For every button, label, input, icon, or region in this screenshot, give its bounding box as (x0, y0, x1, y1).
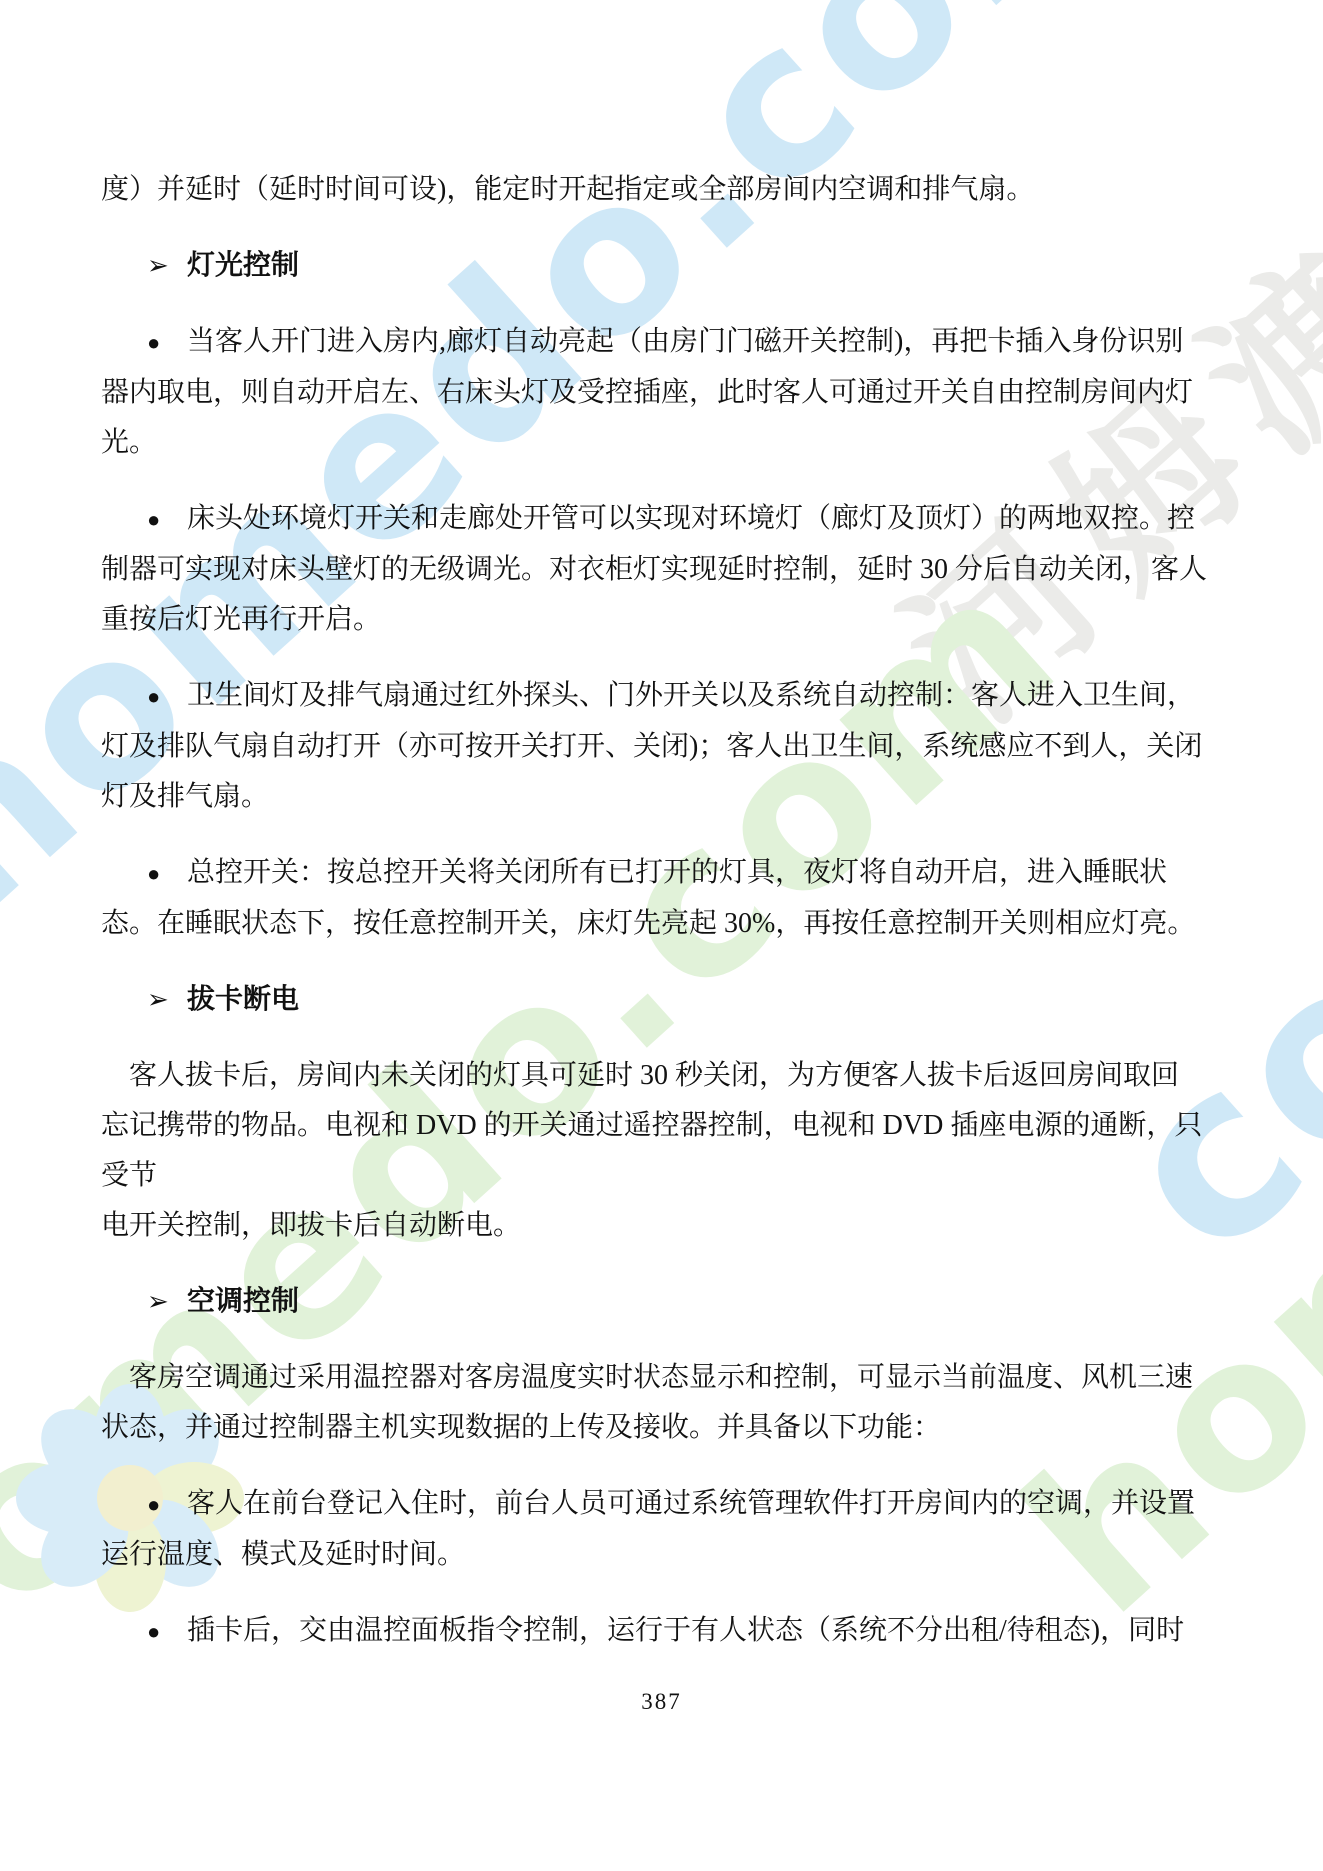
line-text: 重按后灯光再行开启。 (101, 604, 381, 635)
line-text: 客人在前台登记入住时，前台人员可通过系统管理软件打开房间内的空调，并设置 (187, 1488, 1195, 1519)
document-body: 度）并延时（延时时间可设)，能定时开起指定或全部房间内空调和排气扇。➢灯光控制●… (0, 0, 1323, 1657)
text-line: 重按后灯光再行开启。 (101, 595, 1223, 645)
text-line: 忘记携带的物品。电视和 DVD 的开关通过遥控器控制，电视和 DVD 插座电源的… (101, 1101, 1223, 1201)
section-header: ➢拔卡断电 (101, 975, 1223, 1025)
dot-bullet-icon: ● (147, 1607, 187, 1657)
text-line: 制器可实现对床头壁灯的无级调光。对衣柜灯实现延时控制，延时 30 分后自动关闭，… (101, 545, 1223, 595)
line-text: 忘记携带的物品。电视和 DVD 的开关通过遥控器控制，电视和 DVD 插座电源的… (101, 1110, 1202, 1191)
line-text: 床头处环境灯开关和走廊处开管可以实现对环境灯（廊灯及顶灯）的两地双控。控 (187, 503, 1195, 534)
bullet-item: ●插卡后，交由温控面板指令控制，运行于有人状态（系统不分出租/待租态)，同时 (101, 1606, 1223, 1657)
arrow-bullet-icon: ➢ (147, 975, 187, 1025)
text-line: 灯及排气扇。 (101, 772, 1223, 822)
text-line: 态。在睡眠状态下，按任意控制开关，床灯先亮起 30%，再按任意控制开关则相应灯亮… (101, 899, 1223, 949)
line-text: 灯光控制 (187, 250, 299, 281)
line-text: 制器可实现对床头壁灯的无级调光。对衣柜灯实现延时控制，延时 30 分后自动关闭，… (101, 554, 1207, 585)
arrow-bullet-icon: ➢ (147, 241, 187, 291)
section-header: ➢空调控制 (101, 1277, 1223, 1327)
page-number: 387 (0, 1689, 1323, 1715)
bullet-item: ●床头处环境灯开关和走廊处开管可以实现对环境灯（廊灯及顶灯）的两地双控。控 (101, 494, 1223, 545)
line-text: 插卡后，交由温控面板指令控制，运行于有人状态（系统不分出租/待租态)，同时 (187, 1615, 1184, 1646)
bullet-item: ●客人在前台登记入住时，前台人员可通过系统管理软件打开房间内的空调，并设置 (101, 1479, 1223, 1530)
dot-bullet-icon: ● (147, 849, 187, 899)
line-text: 拔卡断电 (187, 984, 299, 1015)
line-text: 灯及排气扇。 (101, 781, 269, 812)
bullet-item: ●当客人开门进入房内,廊灯自动亮起（由房门门磁开关控制)，再把卡插入身份识别 (101, 317, 1223, 368)
line-text: 卫生间灯及排气扇通过红外探头、门外开关以及系统自动控制：客人进入卫生间， (187, 680, 1195, 711)
text-line: 电开关控制，即拔卡后自动断电。 (101, 1201, 1223, 1251)
text-line: 器内取电，则自动开启左、右床头灯及受控插座，此时客人可通过开关自由控制房间内灯 (101, 368, 1223, 418)
line-text: 客房空调通过采用温控器对客房温度实时状态显示和控制，可显示当前温度、风机三速 (129, 1362, 1193, 1393)
dot-bullet-icon: ● (147, 672, 187, 722)
paragraph-first-line: 客房空调通过采用温控器对客房温度实时状态显示和控制，可显示当前温度、风机三速 (101, 1353, 1223, 1403)
line-text: 度）并延时（延时时间可设)，能定时开起指定或全部房间内空调和排气扇。 (101, 174, 1034, 205)
text-line: 状态，并通过控制器主机实现数据的上传及接收。并具备以下功能： (101, 1403, 1223, 1453)
line-text: 空调控制 (187, 1286, 299, 1317)
line-text: 态。在睡眠状态下，按任意控制开关，床灯先亮起 30%，再按任意控制开关则相应灯亮… (101, 908, 1195, 939)
line-text: 光。 (101, 427, 157, 458)
line-text: 运行温度、模式及延时时间。 (101, 1539, 465, 1570)
paragraph-first-line: 客人拔卡后，房间内未关闭的灯具可延时 30 秒关闭，为方便客人拔卡后返回房间取回 (101, 1051, 1223, 1101)
text-line: 光。 (101, 418, 1223, 468)
text-line: 灯及排队气扇自动打开（亦可按开关打开、关闭)；客人出卫生间，系统感应不到人，关闭 (101, 722, 1223, 772)
line-text: 当客人开门进入房内,廊灯自动亮起（由房门门磁开关控制)，再把卡插入身份识别 (187, 326, 1183, 357)
dot-bullet-icon: ● (147, 495, 187, 545)
bullet-item: ●卫生间灯及排气扇通过红外探头、门外开关以及系统自动控制：客人进入卫生间， (101, 671, 1223, 722)
arrow-bullet-icon: ➢ (147, 1277, 187, 1327)
bullet-item: ●总控开关：按总控开关将关闭所有已打开的灯具，夜灯将自动开启，进入睡眠状 (101, 848, 1223, 899)
section-header: ➢灯光控制 (101, 241, 1223, 291)
text-line: 运行温度、模式及延时时间。 (101, 1530, 1223, 1580)
line-text: 状态，并通过控制器主机实现数据的上传及接收。并具备以下功能： (101, 1412, 941, 1443)
text-line: 度）并延时（延时时间可设)，能定时开起指定或全部房间内空调和排气扇。 (101, 165, 1223, 215)
line-text: 电开关控制，即拔卡后自动断电。 (101, 1210, 521, 1241)
document-page: homedo.com 河姆渡 homedo.com com hom 度）并延时（… (0, 0, 1323, 1871)
line-text: 灯及排队气扇自动打开（亦可按开关打开、关闭)；客人出卫生间，系统感应不到人，关闭 (101, 731, 1202, 762)
line-text: 器内取电，则自动开启左、右床头灯及受控插座，此时客人可通过开关自由控制房间内灯 (101, 377, 1193, 408)
line-text: 总控开关：按总控开关将关闭所有已打开的灯具，夜灯将自动开启，进入睡眠状 (187, 857, 1167, 888)
dot-bullet-icon: ● (147, 318, 187, 368)
line-text: 客人拔卡后，房间内未关闭的灯具可延时 30 秒关闭，为方便客人拔卡后返回房间取回 (129, 1060, 1179, 1091)
dot-bullet-icon: ● (147, 1480, 187, 1530)
